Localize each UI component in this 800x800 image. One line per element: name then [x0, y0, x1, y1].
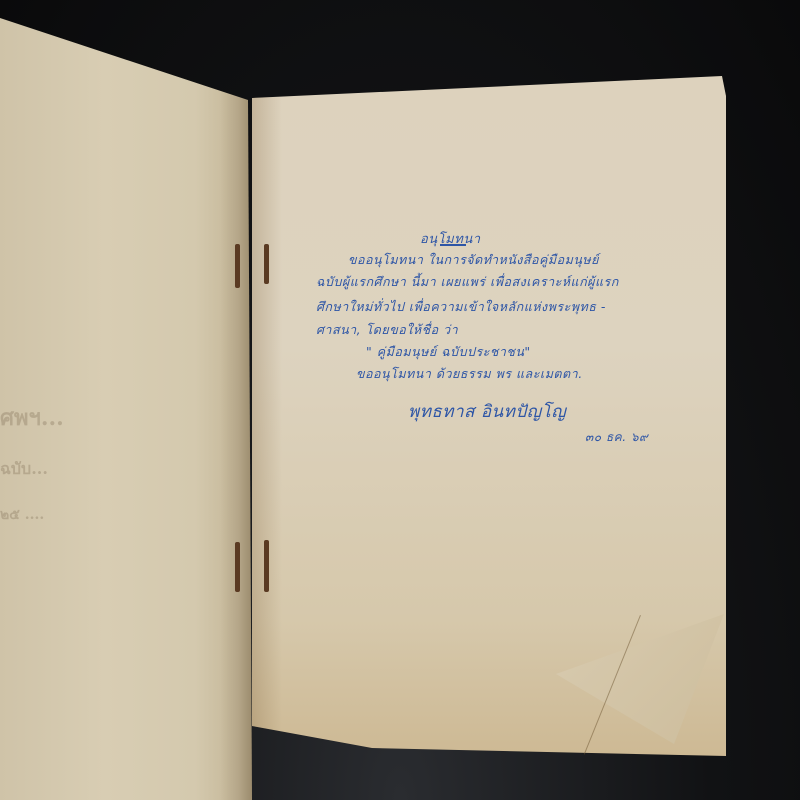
handwritten-line: ขออนุโมทนา ด้วยธรรม พร และเมตตา. [356, 364, 583, 384]
left-page: ศพฯ... ฉบับ... ๒๕ .... [0, 0, 260, 800]
handwritten-line: ฉบับผู้แรกศึกษา นี้มา เผยแพร่ เพื่อสงเคร… [316, 272, 619, 292]
staple-left-bottom [235, 542, 240, 592]
right-page-spine-shadow [252, 76, 282, 756]
handwritten-line: ศาสนา, โดยขอให้ชื่อ ว่า [316, 320, 458, 340]
handwritten-line: ขออนุโมทนา ในการจัดทำหนังสือคู่มือมนุษย์ [348, 250, 599, 270]
faded-print-text: ศพฯ... ฉบับ... ๒๕ .... [0, 400, 160, 548]
faded-print-line: ศพฯ... [0, 400, 160, 435]
handwritten-signature: พุทธทาส อินทปัญโญ [408, 398, 566, 425]
title-underline [440, 244, 466, 246]
handwritten-line: " คู่มือมนุษย์ ฉบับประชาชน" [366, 342, 531, 362]
staple-right-top [264, 244, 269, 284]
handwritten-date: ๓๐ ธค. ๖๙ [585, 428, 648, 447]
handwritten-line: ศึกษาใหม่ทั่วไป เพื่อความเข้าใจหลักแห่งพ… [316, 297, 606, 317]
staple-left-top [235, 244, 240, 288]
faded-print-line: ๒๕ .... [0, 504, 160, 526]
faded-print-line: ฉบับ... [0, 457, 160, 482]
staple-right-bottom [264, 540, 269, 592]
